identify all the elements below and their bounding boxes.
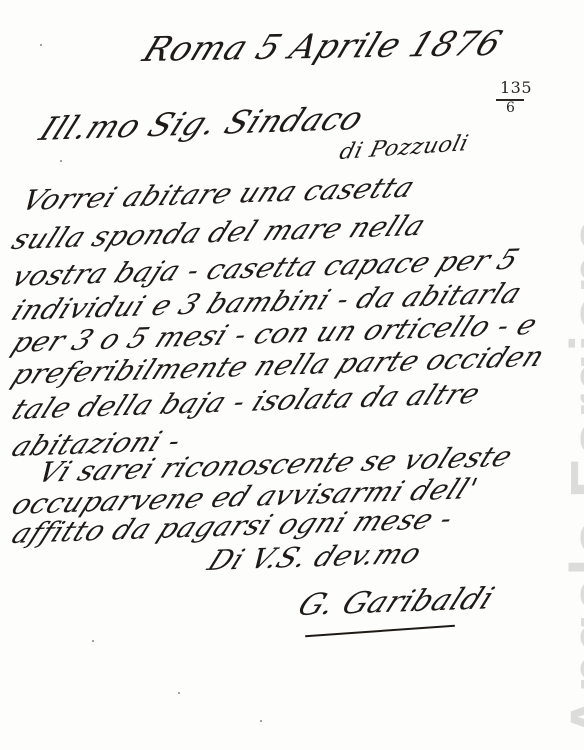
- paper-speck: [40, 44, 42, 46]
- paper-speck: [178, 692, 180, 694]
- reference-denominator: 6: [506, 100, 515, 116]
- addressee: Ill.mo Sig. Sindaco: [34, 99, 370, 148]
- signature: G. Garibaldi: [292, 581, 499, 623]
- paper-speck: [92, 640, 94, 642]
- addressee-place: di Pozzuoli: [337, 131, 471, 165]
- body-line: Vorrei abitare una casetta: [17, 171, 420, 217]
- closing-salutation: Di V.S. dev.mo: [203, 537, 427, 577]
- signature-underline: [305, 625, 455, 637]
- letter-page: Roma 5 Aprile 1876 135 6 Ill.mo Sig. Sin…: [0, 0, 584, 750]
- date-line: Roma 5 Aprile 1876: [137, 24, 508, 70]
- reference-numerator: 135: [500, 78, 532, 97]
- paper-speck: [60, 160, 62, 162]
- paper-speck: [260, 720, 262, 722]
- watermark: Angelo Forgione: [556, 217, 584, 740]
